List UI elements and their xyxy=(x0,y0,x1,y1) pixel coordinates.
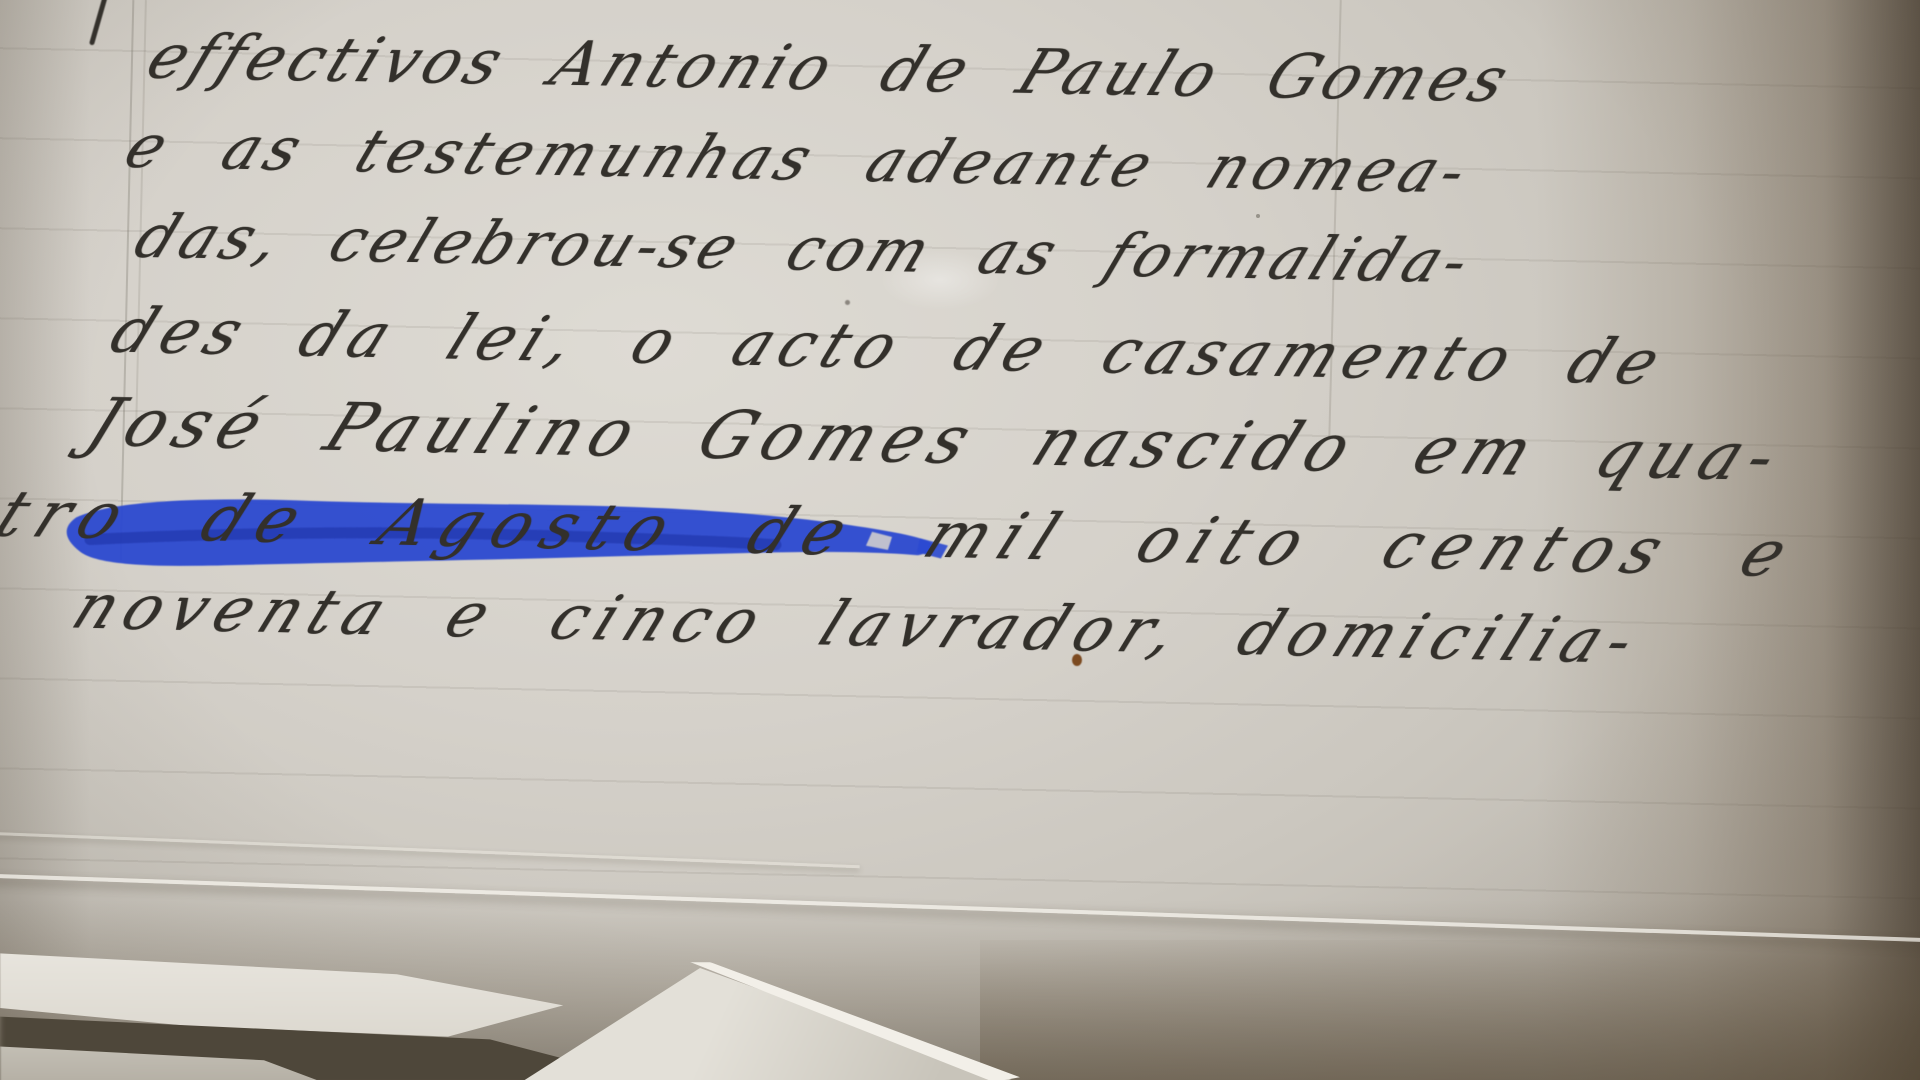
document-photo: effectivos Antonio de Paulo Gomes e as t… xyxy=(0,0,1920,1080)
bottom-right-shadow xyxy=(980,940,1920,1080)
